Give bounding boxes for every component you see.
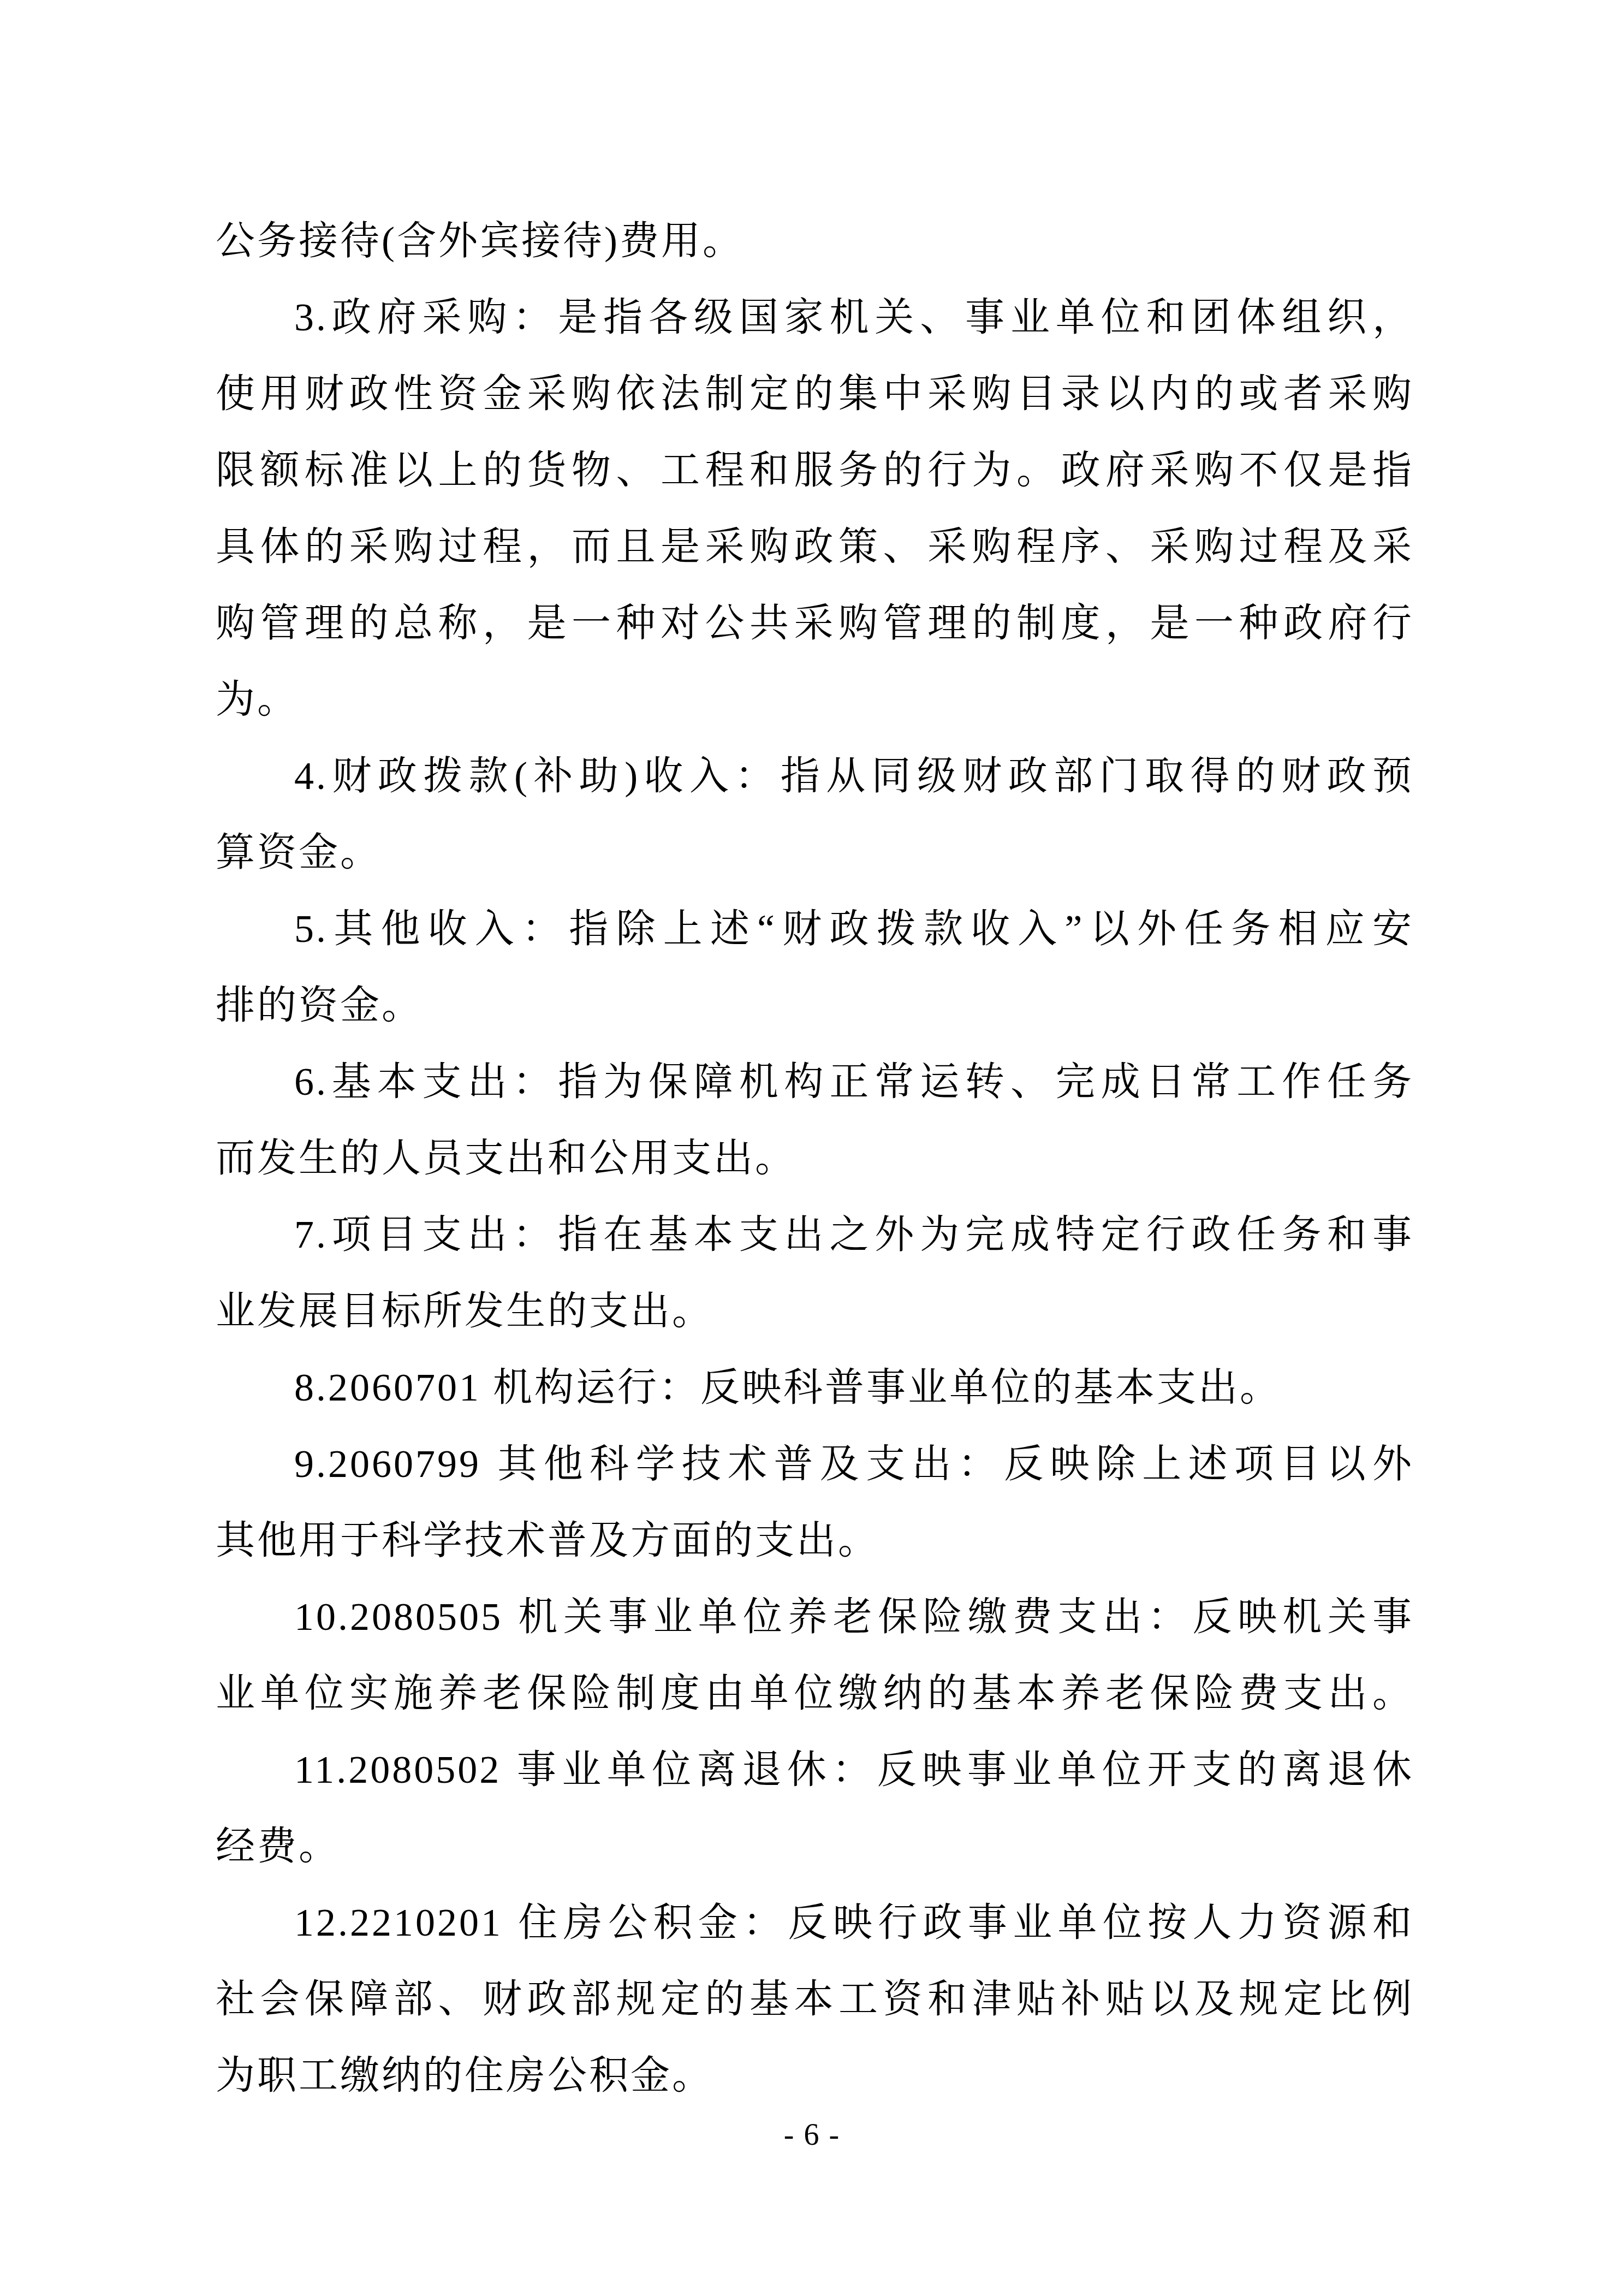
text-line: 6.基本支出：指为保障机构正常运转、完成日常工作任务 [216, 1043, 1414, 1120]
text-line: 排的资金。 [216, 967, 1414, 1043]
text-line: 5.其他收入：指除上述“财政拨款收入”以外任务相应安 [216, 891, 1414, 967]
text-line: 业单位实施养老保险制度由单位缴纳的基本养老保险费支出。 [216, 1655, 1414, 1731]
text-line: 7.项目支出：指在基本支出之外为完成特定行政任务和事 [216, 1196, 1414, 1273]
text-line: 限额标准以上的货物、工程和服务的行为。政府采购不仅是指 [216, 432, 1414, 508]
text-line: 9.2060799 其他科学技术普及支出：反映除上述项目以外 [216, 1426, 1414, 1502]
text-line: 社会保障部、财政部规定的基本工资和津贴补贴以及规定比例 [216, 1961, 1414, 2037]
document-page: 公务接待(含外宾接待)费用。 3.政府采购：是指各级国家机关、事业单位和团体组织… [0, 0, 1624, 2296]
text-line: 而发生的人员支出和公用支出。 [216, 1120, 1414, 1196]
text-line: 公务接待(含外宾接待)费用。 [216, 203, 1414, 279]
page-number: - 6 - [0, 2117, 1624, 2152]
text-line: 业发展目标所发生的支出。 [216, 1273, 1414, 1349]
text-line: 具体的采购过程，而且是采购政策、采购程序、采购过程及采 [216, 508, 1414, 585]
text-line: 8.2060701 机构运行：反映科普事业单位的基本支出。 [216, 1349, 1414, 1426]
text-line: 其他用于科学技术普及方面的支出。 [216, 1502, 1414, 1579]
text-line: 经费。 [216, 1808, 1414, 1884]
text-line: 购管理的总称，是一种对公共采购管理的制度，是一种政府行 [216, 585, 1414, 661]
text-line: 为职工缴纳的住房公积金。 [216, 2037, 1414, 2114]
text-line: 11.2080502 事业单位离退休：反映事业单位开支的离退休 [216, 1731, 1414, 1808]
document-body: 公务接待(含外宾接待)费用。 3.政府采购：是指各级国家机关、事业单位和团体组织… [216, 203, 1414, 2114]
text-line: 3.政府采购：是指各级国家机关、事业单位和团体组织， [216, 279, 1414, 355]
text-line: 算资金。 [216, 814, 1414, 891]
text-line: 10.2080505 机关事业单位养老保险缴费支出：反映机关事 [216, 1579, 1414, 1655]
text-line: 4.财政拨款(补助)收入：指从同级财政部门取得的财政预 [216, 738, 1414, 814]
text-line: 使用财政性资金采购依法制定的集中采购目录以内的或者采购 [216, 355, 1414, 432]
text-line: 为。 [216, 661, 1414, 738]
text-line: 12.2210201 住房公积金：反映行政事业单位按人力资源和 [216, 1884, 1414, 1961]
